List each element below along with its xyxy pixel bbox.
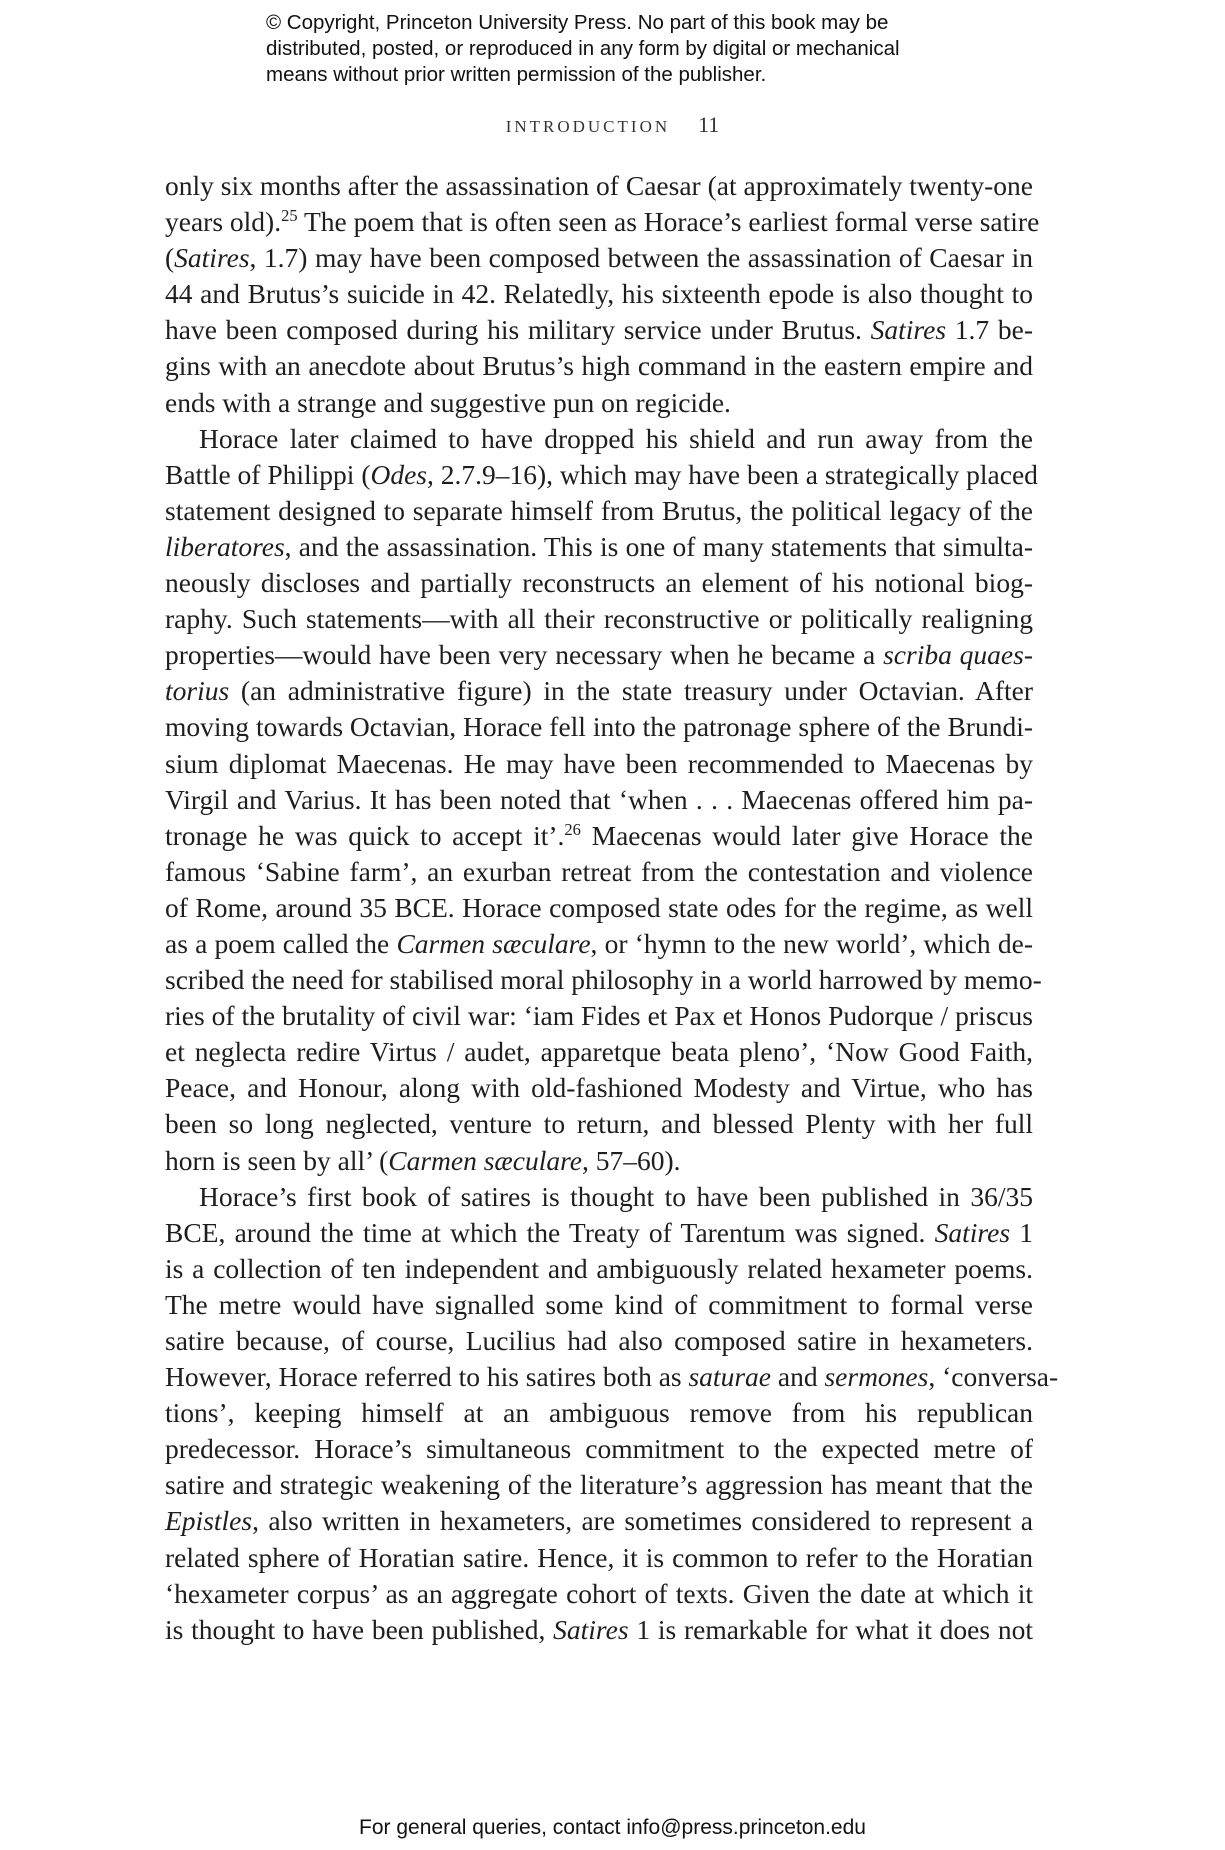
text-line: properties—would have been very necessar…: [165, 637, 1033, 673]
text-line: only six months after the assassination …: [165, 168, 1033, 204]
italic-text: Epistles: [165, 1505, 252, 1536]
text-line: ries of the brutality of civil war: ‘iam…: [165, 998, 1033, 1034]
text-segment: Horace’s first book of satires is though…: [199, 1181, 1033, 1212]
text-segment: horn is seen by all’ (: [165, 1145, 388, 1176]
text-segment: raphy. Such statements—with all their re…: [165, 603, 1033, 634]
text-line: ends with a strange and suggestive pun o…: [165, 385, 1033, 421]
text-segment: related sphere of Horatian satire. Hence…: [165, 1542, 1033, 1573]
body-text: only six months after the assassination …: [165, 168, 1033, 1648]
text-line: sium diplomat Maecenas. He may have been…: [165, 746, 1033, 782]
text-line: The metre would have signalled some kind…: [165, 1287, 1033, 1323]
text-line: Horace’s first book of satires is though…: [165, 1179, 1033, 1215]
text-line: predecessor. Horace’s simultaneous commi…: [165, 1431, 1033, 1467]
text-segment: , 2.7.9–16), which may have been a strat…: [427, 459, 1038, 490]
text-segment: only six months after the assassination …: [165, 170, 1033, 201]
text-segment: Maecenas would later give Horace the: [581, 820, 1033, 851]
text-line: et neglecta redire Virtus / audet, appar…: [165, 1034, 1033, 1070]
text-segment: ends with a strange and suggestive pun o…: [165, 387, 731, 418]
text-line: raphy. Such statements—with all their re…: [165, 601, 1033, 637]
text-segment: moving towards Octavian, Horace fell int…: [165, 711, 1033, 742]
text-segment: is a collection of ten independent and a…: [165, 1253, 1033, 1284]
italic-text: scriba quaes-: [883, 639, 1033, 670]
text-line: is thought to have been published, Satir…: [165, 1612, 1033, 1648]
text-line: have been composed during his military s…: [165, 312, 1033, 348]
text-segment: 1: [1010, 1217, 1033, 1248]
text-segment: , or ‘hymn to the new world’, which de-: [591, 928, 1033, 959]
text-segment: as a poem called the: [165, 928, 396, 959]
text-line: 44 and Brutus’s suicide in 42. Relatedly…: [165, 276, 1033, 312]
text-segment: properties—would have been very necessar…: [165, 639, 883, 670]
text-line: Battle of Philippi (Odes, 2.7.9–16), whi…: [165, 457, 1033, 493]
text-segment: , also written in hexameters, are someti…: [252, 1505, 1033, 1536]
footer-contact: For general queries, contact info@press.…: [0, 1816, 1225, 1840]
text-line: Virgil and Varius. It has been noted tha…: [165, 782, 1033, 818]
text-line: statement designed to separate himself f…: [165, 493, 1033, 529]
text-segment: et neglecta redire Virtus / audet, appar…: [165, 1036, 1033, 1067]
italic-text: Carmen sæculare: [388, 1145, 582, 1176]
text-line: been so long neglected, venture to retur…: [165, 1106, 1033, 1142]
text-segment: , ‘conversa-: [928, 1361, 1058, 1392]
text-line: (Satires, 1.7) may have been composed be…: [165, 240, 1033, 276]
italic-text: Satires: [553, 1614, 628, 1645]
text-line: years old).25 The poem that is often see…: [165, 204, 1033, 240]
text-line: is a collection of ten independent and a…: [165, 1251, 1033, 1287]
text-segment: neously discloses and partially reconstr…: [165, 567, 1033, 598]
text-segment: , 57–60).: [582, 1145, 681, 1176]
text-line: torius (an administrative figure) in the…: [165, 673, 1033, 709]
text-line: Horace later claimed to have dropped his…: [165, 421, 1033, 457]
text-line: horn is seen by all’ (Carmen sæculare, 5…: [165, 1143, 1033, 1179]
text-segment: satire because, of course, Lucilius had …: [165, 1325, 1033, 1356]
text-line: Peace, and Honour, along with old-fashio…: [165, 1070, 1033, 1106]
text-segment: Peace, and Honour, along with old-fashio…: [165, 1072, 1033, 1103]
page-number: 11: [698, 112, 719, 137]
text-segment: years old).: [165, 206, 281, 237]
copyright-line: means without prior written permission o…: [266, 62, 1026, 88]
copyright-line: © Copyright, Princeton University Press.…: [266, 10, 1026, 36]
text-line: satire because, of course, Lucilius had …: [165, 1323, 1033, 1359]
text-segment: , and the assassination. This is one of …: [285, 531, 1033, 562]
text-segment: Horace later claimed to have dropped his…: [199, 423, 1033, 454]
text-segment: The metre would have signalled some kind…: [165, 1289, 1033, 1320]
text-line: Epistles, also written in hexameters, ar…: [165, 1503, 1033, 1539]
text-segment: statement designed to separate himself f…: [165, 495, 1033, 526]
text-segment: is thought to have been published,: [165, 1614, 553, 1645]
text-segment: ries of the brutality of civil war: ‘iam…: [165, 1000, 1033, 1031]
text-segment: However, Horace referred to his satires …: [165, 1361, 688, 1392]
text-segment: predecessor. Horace’s simultaneous commi…: [165, 1433, 1033, 1464]
text-segment: have been composed during his military s…: [165, 314, 871, 345]
running-head: INTRODUCTION11: [0, 112, 1225, 138]
text-segment: BCE, around the time at which the Treaty…: [165, 1217, 935, 1248]
footnote-ref: 26: [564, 820, 581, 839]
text-line: BCE, around the time at which the Treaty…: [165, 1215, 1033, 1251]
text-segment: satire and strategic weakening of the li…: [165, 1469, 1033, 1500]
text-line: moving towards Octavian, Horace fell int…: [165, 709, 1033, 745]
text-segment: scribed the need for stabilised moral ph…: [165, 964, 1042, 995]
text-segment: famous ‘Sabine farm’, an exurban retreat…: [165, 856, 1033, 887]
italic-text: Satires: [935, 1217, 1010, 1248]
text-line: as a poem called the Carmen sæculare, or…: [165, 926, 1033, 962]
text-segment: sium diplomat Maecenas. He may have been…: [165, 748, 1033, 779]
text-segment: Virgil and Varius. It has been noted tha…: [165, 784, 1033, 815]
text-line: satire and strategic weakening of the li…: [165, 1467, 1033, 1503]
text-segment: ‘hexameter corpus’ as an aggregate cohor…: [165, 1578, 1033, 1609]
section-title: INTRODUCTION: [506, 117, 670, 136]
text-segment: The poem that is often seen as Horace’s …: [298, 206, 1040, 237]
text-segment: (: [165, 242, 174, 273]
italic-text: Satires: [871, 314, 946, 345]
italic-text: saturae: [688, 1361, 771, 1392]
text-line: However, Horace referred to his satires …: [165, 1359, 1033, 1395]
text-line: tronage he was quick to accept it’.26 Ma…: [165, 818, 1033, 854]
text-segment: of Rome, around 35 BCE. Horace composed …: [165, 892, 1033, 923]
text-line: gins with an anecdote about Brutus’s hig…: [165, 348, 1033, 384]
text-segment: 1.7 be-: [946, 314, 1033, 345]
text-line: liberatores, and the assassination. This…: [165, 529, 1033, 565]
text-line: ‘hexameter corpus’ as an aggregate cohor…: [165, 1576, 1033, 1612]
text-segment: 1 is remarkable for what it does not: [629, 1614, 1033, 1645]
text-segment: and: [771, 1361, 824, 1392]
text-line: neously discloses and partially reconstr…: [165, 565, 1033, 601]
copyright-notice: © Copyright, Princeton University Press.…: [266, 10, 1026, 88]
text-segment: gins with an anecdote about Brutus’s hig…: [165, 350, 1033, 381]
italic-text: sermones: [824, 1361, 928, 1392]
text-segment: been so long neglected, venture to retur…: [165, 1108, 1033, 1139]
footnote-ref: 25: [281, 206, 298, 225]
italic-text: liberatores: [165, 531, 285, 562]
text-segment: tronage he was quick to accept it’.: [165, 820, 564, 851]
italic-text: Odes: [370, 459, 427, 490]
text-segment: (an administrative figure) in the state …: [229, 675, 1033, 706]
text-line: tions’, keeping himself at an ambiguous …: [165, 1395, 1033, 1431]
italic-text: Carmen sæculare: [396, 928, 590, 959]
text-line: famous ‘Sabine farm’, an exurban retreat…: [165, 854, 1033, 890]
italic-text: torius: [165, 675, 229, 706]
text-segment: Battle of Philippi (: [165, 459, 370, 490]
text-line: scribed the need for stabilised moral ph…: [165, 962, 1033, 998]
text-line: of Rome, around 35 BCE. Horace composed …: [165, 890, 1033, 926]
italic-text: Satires: [174, 242, 249, 273]
text-line: related sphere of Horatian satire. Hence…: [165, 1540, 1033, 1576]
copyright-line: distributed, posted, or reproduced in an…: [266, 36, 1026, 62]
text-segment: 44 and Brutus’s suicide in 42. Relatedly…: [165, 278, 1033, 309]
text-segment: tions’, keeping himself at an ambiguous …: [165, 1397, 1033, 1428]
text-segment: , 1.7) may have been composed between th…: [250, 242, 1033, 273]
